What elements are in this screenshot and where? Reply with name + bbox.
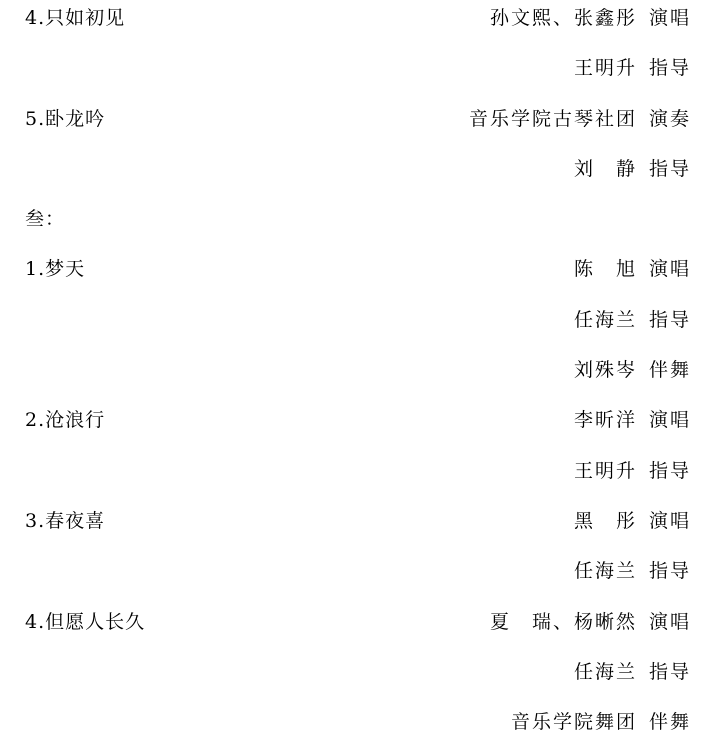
performer-credit: 音乐学院古琴社团演奏 xyxy=(469,101,691,137)
performer-role: 演奏 xyxy=(649,108,691,130)
performer-credit: 夏 瑞、杨晰然演唱 xyxy=(490,604,691,640)
performer-names: 王明升 xyxy=(574,57,637,79)
performer-credit: 任海兰指导 xyxy=(574,654,691,690)
program-title: 3.春夜喜 xyxy=(25,503,105,539)
performer-role: 演唱 xyxy=(649,7,691,29)
performer-names: 任海兰 xyxy=(574,661,637,683)
program-line: 任海兰指导 xyxy=(0,302,720,352)
performer-names: 黑 彤 xyxy=(574,510,637,532)
performer-names: 王明升 xyxy=(574,460,637,482)
performer-role: 演唱 xyxy=(649,258,691,280)
program-title: 1.梦天 xyxy=(25,251,85,287)
performer-credit: 黑 彤演唱 xyxy=(574,503,691,539)
performer-credit: 王明升指导 xyxy=(574,453,691,489)
performer-role: 伴舞 xyxy=(649,711,691,733)
performer-credit: 李昕洋演唱 xyxy=(574,402,691,438)
performer-names: 李昕洋 xyxy=(574,409,637,431)
performer-credit: 王明升指导 xyxy=(574,50,691,86)
performer-names: 夏 瑞、杨晰然 xyxy=(490,611,637,633)
performer-names: 音乐学院古琴社团 xyxy=(469,108,637,130)
performer-credit: 刘 静指导 xyxy=(574,151,691,187)
performer-names: 陈 旭 xyxy=(574,258,637,280)
performer-role: 指导 xyxy=(649,460,691,482)
performer-role: 指导 xyxy=(649,661,691,683)
program-line: 3.春夜喜 黑 彤演唱 xyxy=(0,503,720,553)
performer-credit: 任海兰指导 xyxy=(574,553,691,589)
performer-role: 指导 xyxy=(649,560,691,582)
program-title: 5.卧龙吟 xyxy=(25,101,105,137)
performer-credit: 陈 旭演唱 xyxy=(574,251,691,287)
performer-names: 刘殊岑 xyxy=(574,359,637,381)
program-line: 4.但愿人长久 夏 瑞、杨晰然演唱 xyxy=(0,604,720,654)
performer-credit: 孙文熙、张鑫彤演唱 xyxy=(490,0,691,36)
performer-credit: 任海兰指导 xyxy=(574,302,691,338)
performer-role: 演唱 xyxy=(649,510,691,532)
performer-names: 孙文熙、张鑫彤 xyxy=(490,7,637,29)
program-line: 王明升指导 xyxy=(0,50,720,100)
performer-credit: 音乐学院舞团伴舞 xyxy=(511,704,691,740)
program-title: 2.沧浪行 xyxy=(25,402,105,438)
program-line: 任海兰指导 xyxy=(0,654,720,704)
program-line: 4.只如初见 孙文熙、张鑫彤演唱 xyxy=(0,0,720,50)
performer-role: 伴舞 xyxy=(649,359,691,381)
performer-role: 指导 xyxy=(649,309,691,331)
program-line: 王明升指导 xyxy=(0,453,720,503)
performer-role: 指导 xyxy=(649,57,691,79)
program-line: 刘 静指导 xyxy=(0,151,720,201)
program-line: 刘殊岑伴舞 xyxy=(0,352,720,402)
program-line: 5.卧龙吟 音乐学院古琴社团演奏 xyxy=(0,101,720,151)
program-list: 4.只如初见 孙文熙、张鑫彤演唱 王明升指导 5.卧龙吟 音乐学院古琴社团演奏 … xyxy=(0,0,720,748)
performer-names: 音乐学院舞团 xyxy=(511,711,637,733)
performer-names: 任海兰 xyxy=(574,309,637,331)
program-line: 任海兰指导 xyxy=(0,553,720,603)
program-line: 2.沧浪行 李昕洋演唱 xyxy=(0,402,720,452)
performer-role: 演唱 xyxy=(649,409,691,431)
performer-role: 指导 xyxy=(649,158,691,180)
performer-names: 任海兰 xyxy=(574,560,637,582)
section-heading-line: 叁： xyxy=(0,201,720,251)
section-heading: 叁： xyxy=(25,201,65,237)
performer-names: 刘 静 xyxy=(574,158,637,180)
performer-credit: 刘殊岑伴舞 xyxy=(574,352,691,388)
program-line: 音乐学院舞团伴舞 xyxy=(0,704,720,748)
performer-role: 演唱 xyxy=(649,611,691,633)
program-title: 4.只如初见 xyxy=(25,0,125,36)
program-title: 4.但愿人长久 xyxy=(25,604,145,640)
program-line: 1.梦天 陈 旭演唱 xyxy=(0,251,720,301)
